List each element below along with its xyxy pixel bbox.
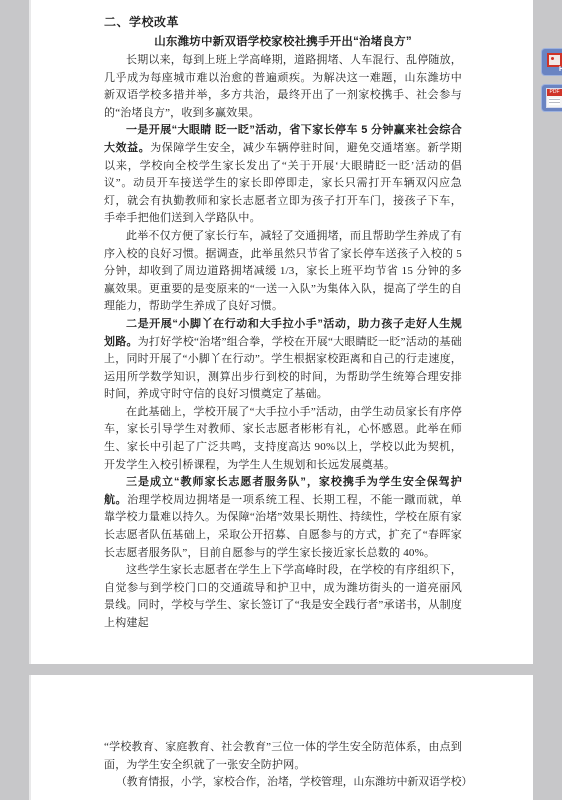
document-page-2: “学校教育、家庭教育、社会教育”三位一体的学生安全防范体系，由点到面，为学生安全… <box>29 675 533 800</box>
document-page-1: 二、学校改革 山东潍坊中新双语学校家校社携手开出“治堵良方” 长期以来，每到上班… <box>29 0 533 664</box>
paragraph: 三是成立“教师家长志愿者服务队”，家校携手为学生安全保驾护航。治理学校周边拥堵是… <box>104 474 462 562</box>
paragraph-text: 为保障学生安全，减少车辆停驻时间，避免交通堵塞。新学期以来，学校向全校学生家长发… <box>104 142 462 224</box>
pdf-icon: PDF <box>547 89 562 107</box>
citation-line: （教育情报，小学，家校合作，治堵，学校管理，山东潍坊中新双语学校） <box>104 774 462 792</box>
paragraph: 这些学生家长志愿者在学生上下学高峰时段，在学校的有序组织下，自觉参与到学校门口的… <box>104 562 462 632</box>
section-heading: 二、学校改革 <box>104 0 462 32</box>
paragraph-text: 这些学生家长志愿者在学生上下学高峰时段，在学校的有序组织下，自觉参与到学校门口的… <box>104 564 462 629</box>
pdf-icon-label: PDF <box>547 89 562 96</box>
paragraph: 二是开展“小脚丫在行动和大手拉小手”活动，助力孩子走好人生规划路。为打好学校“治… <box>104 316 462 404</box>
paragraph-text: 在此基础上，学校开展了“大手拉小手”活动，由学生动员家长有序停车，家长引导学生对… <box>104 406 462 471</box>
pdf-icon-text-lines <box>549 98 560 105</box>
paragraph: “学校教育、家庭教育、社会教育”三位一体的学生安全防范体系，由点到面，为学生安全… <box>104 739 462 774</box>
paragraph: 一是开展“大眼睛 眨一眨”活动，省下家长停车 5 分钟赢来社会综合大效益。为保障… <box>104 122 462 228</box>
citation-text: （教育情报，小学，家校合作，治堵，学校管理，山东潍坊中新双语学校） <box>116 776 472 788</box>
paragraph-text: “学校教育、家庭教育、社会教育”三位一体的学生安全防范体系，由点到面，为学生安全… <box>104 741 462 771</box>
paragraph-text: 此举不仅方便了家长行车，减轻了交通拥堵，而且帮助学生养成了有序入校的良好习惯。据… <box>104 230 462 312</box>
screenshot-icon <box>547 53 562 67</box>
paragraph-text: 治理学校周边拥堵是一项系统工程、长期工程，不能一蹴而就，单靠学校力量难以持久。为… <box>104 494 462 559</box>
article-title: 山东潍坊中新双语学校家校社携手开出“治堵良方” <box>104 32 462 52</box>
paragraph: 此举不仅方便了家长行车，减轻了交通拥堵，而且帮助学生养成了有序入校的良好习惯。据… <box>104 228 462 316</box>
paragraph-text: 为打好学校“治堵”组合拳，学校在开展“大眼睛眨一眨”活动的基础上，同时开展了“小… <box>104 336 462 401</box>
paragraph: 在此基础上，学校开展了“大手拉小手”活动，由学生动员家长有序停车，家长引导学生对… <box>104 404 462 474</box>
save-pdf-button[interactable]: PDF <box>541 84 562 112</box>
capture-dot-icon <box>551 57 554 60</box>
screenshot-capture-button[interactable]: H <box>541 48 562 76</box>
paragraph-text: 长期以来，每到上班上学高峰期，道路拥堵、人车混行、乱停随放，几乎成为每座城市难以… <box>104 54 462 119</box>
paragraph: 长期以来，每到上班上学高峰期，道路拥堵、人车混行、乱停随放，几乎成为每座城市难以… <box>104 52 462 122</box>
floating-toolbar: H PDF <box>541 48 562 120</box>
